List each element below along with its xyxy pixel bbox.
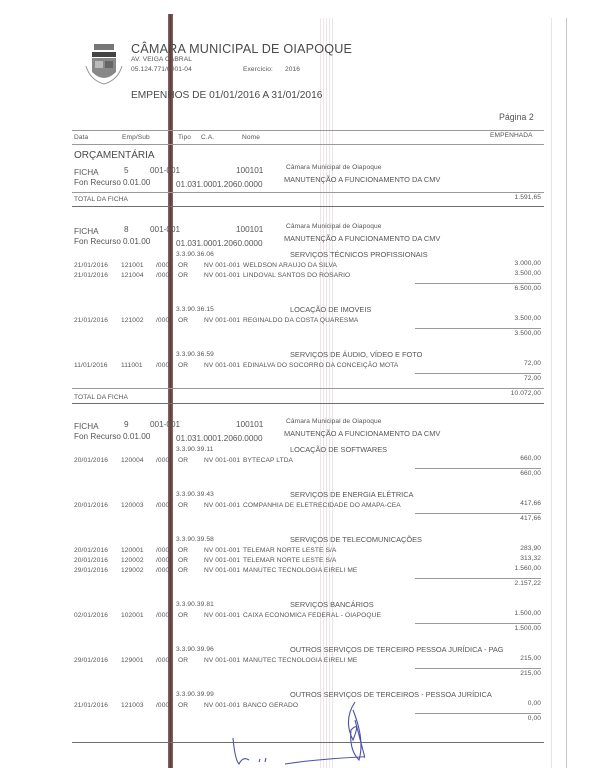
total-ficha-value: 1.591,65 xyxy=(515,194,541,201)
group-subtotal: 2.157,22 xyxy=(515,580,541,587)
col-data: Data xyxy=(74,134,88,141)
ficha-code: 001-001 xyxy=(150,420,180,429)
ficha-number: 5 xyxy=(124,166,129,175)
row-date: 02/01/2016 xyxy=(74,612,108,619)
row-date: 21/01/2016 xyxy=(74,317,108,324)
elemento-code: 3.3.90.39.99 xyxy=(176,691,214,698)
elemento-descricao: SERVIÇOS TÉCNICOS PROFISSIONAIS xyxy=(290,250,428,259)
fon-recurso-label: Fon Recurso xyxy=(74,178,121,187)
elemento-descricao: SERVIÇOS DE TELECOMUNICAÇÕES xyxy=(290,535,422,544)
ficha-rule-bottom xyxy=(72,206,544,207)
ficha-label: FICHA xyxy=(74,422,99,431)
row-ca: NV 001-001 xyxy=(204,557,240,564)
row-date: 20/01/2016 xyxy=(74,457,108,464)
group-subtotal: 215,00 xyxy=(520,670,541,677)
row-sub: /000 xyxy=(156,457,169,464)
ficha-code: 001-001 xyxy=(150,225,180,234)
ficha-label: FICHA xyxy=(74,168,99,177)
row-ca: NV 001-001 xyxy=(204,502,240,509)
ficha-acao: MANUTENÇÃO A FUNCIONAMENTO DA CMV xyxy=(284,234,440,243)
subtotal-rule xyxy=(415,513,541,514)
elemento-code: 3.3.90.39.81 xyxy=(176,601,214,608)
exercicio-label: Exercício: xyxy=(243,66,273,73)
row-valor: 3.500,00 xyxy=(515,270,541,277)
ficha-label: FICHA xyxy=(74,227,99,236)
fon-recurso-value: 0.01.00 xyxy=(123,432,150,441)
row-ca: NV 001-001 xyxy=(204,612,240,619)
row-tipo: OR xyxy=(178,657,188,664)
row-valor: 72,00 xyxy=(524,360,541,367)
row-ca: NV 001-001 xyxy=(204,362,240,369)
row-emp: 120001 xyxy=(121,547,144,554)
elemento-code: 3.3.90.36.06 xyxy=(176,251,214,258)
row-sub: /000 xyxy=(156,262,169,269)
funcional-code: 01.031.0001.2060.0000 xyxy=(176,434,263,443)
row-sub: /000 xyxy=(156,702,169,709)
ficha-unidade: 100101 xyxy=(236,225,263,234)
elemento-code: 3.3.90.39.58 xyxy=(176,536,214,543)
elemento-descricao: OUTROS SERVIÇOS DE TERCEIRO PESSOA JURÍD… xyxy=(290,645,504,654)
row-ca: NV 001-001 xyxy=(204,317,240,324)
row-tipo: OR xyxy=(178,457,188,464)
row-nome: LINDOVAL SANTOS DO ROSARIO xyxy=(243,272,350,279)
section-title: ORÇAMENTÁRIA xyxy=(74,150,155,161)
ficha-unidade: 100101 xyxy=(236,420,263,429)
group-subtotal: 3.500,00 xyxy=(515,330,541,337)
signature-mark xyxy=(225,700,365,768)
group-subtotal: 72,00 xyxy=(524,375,541,382)
row-sub: /000 xyxy=(156,272,169,279)
row-emp: 120002 xyxy=(121,557,144,564)
group-subtotal: 660,00 xyxy=(520,470,541,477)
elemento-descricao: LOCAÇÃO DE IMOVEIS xyxy=(290,305,371,314)
page-number: Página 2 xyxy=(499,112,534,122)
ficha-orgao: Câmara Municipal de Oiapoque xyxy=(286,418,382,425)
row-valor: 1.560,00 xyxy=(515,565,541,572)
row-date: 20/01/2016 xyxy=(74,502,108,509)
elemento-code: 3.3.90.36.15 xyxy=(176,306,214,313)
row-date: 21/01/2016 xyxy=(74,262,108,269)
page-edge-line xyxy=(566,18,567,768)
row-ca: NV 001-001 xyxy=(204,547,240,554)
row-valor: 215,00 xyxy=(520,655,541,662)
col-emp-sub: Emp/Sub xyxy=(122,134,150,141)
row-emp: 102001 xyxy=(121,612,144,619)
col-empenhada: EMPENHADA xyxy=(490,132,533,139)
row-tipo: OR xyxy=(178,557,188,564)
row-emp: 121004 xyxy=(121,272,144,279)
ficha-rule xyxy=(72,388,544,389)
elemento-descricao: SERVIÇOS DE ÁUDIO, VÍDEO E FOTO xyxy=(290,350,422,359)
row-tipo: OR xyxy=(178,547,188,554)
col-ca: C.A. xyxy=(201,134,214,141)
row-nome: CAIXA ECONOMICA FEDERAL - OIAPOQUE xyxy=(243,612,381,619)
row-date: 11/01/2016 xyxy=(74,362,108,369)
elemento-code: 3.3.90.39.11 xyxy=(176,446,213,453)
row-valor: 0,00 xyxy=(528,700,541,707)
row-sub: /000 xyxy=(156,502,169,509)
ficha-acao: MANUTENÇÃO A FUNCIONAMENTO DA CMV xyxy=(284,429,440,438)
row-tipo: OR xyxy=(178,612,188,619)
row-nome: BYTECAP LTDA xyxy=(243,457,293,464)
row-valor: 3.000,00 xyxy=(515,260,541,267)
scanned-document-page: CÂMARA MUNICIPAL DE OIAPOQUE AV. VEIGA C… xyxy=(0,0,593,768)
subtotal-rule xyxy=(415,713,541,714)
ficha-acao: MANUTENÇÃO A FUNCIONAMENTO DA CMV xyxy=(284,175,440,184)
ficha-unidade: 100101 xyxy=(236,166,263,175)
institution-title: CÂMARA MUNICIPAL DE OIAPOQUE xyxy=(131,42,352,56)
ficha-rule-bottom xyxy=(72,403,544,404)
institution-address: AV. VEIGA CABRAL xyxy=(131,56,192,63)
row-tipo: OR xyxy=(178,362,188,369)
elemento-descricao: SERVIÇOS DE ENERGIA ELÉTRICA xyxy=(290,490,414,499)
row-date: 21/01/2016 xyxy=(74,272,108,279)
subtotal-rule xyxy=(415,373,541,374)
row-date: 29/01/2016 xyxy=(74,567,108,574)
row-ca: NV 001-001 xyxy=(204,457,240,464)
subtotal-rule xyxy=(415,468,541,469)
row-date: 20/01/2016 xyxy=(74,557,108,564)
fon-recurso-value: 0.01.00 xyxy=(123,178,150,187)
ficha-number: 9 xyxy=(124,420,129,429)
row-nome: WELDSON ARAUJO DA SILVA xyxy=(243,262,337,269)
row-ca: NV 001-001 xyxy=(204,567,240,574)
total-ficha-value: 10.072,00 xyxy=(511,390,541,397)
row-sub: /000 xyxy=(156,567,169,574)
row-valor: 313,32 xyxy=(520,555,541,562)
row-emp: 111001 xyxy=(121,362,143,369)
funcional-code: 01.031.0001.2060.0000 xyxy=(176,180,263,189)
ficha-rule xyxy=(72,192,544,193)
row-valor: 417,66 xyxy=(520,500,541,507)
row-nome: TELEMAR NORTE LESTE S/A xyxy=(243,547,336,554)
ficha-code: 001-001 xyxy=(150,166,180,175)
elemento-descricao: OUTROS SERVIÇOS DE TERCEIROS - PESSOA JU… xyxy=(290,690,492,699)
group-subtotal: 6.500,00 xyxy=(515,285,541,292)
row-emp: 121001 xyxy=(121,262,144,269)
header-rule xyxy=(72,130,544,131)
row-valor: 283,90 xyxy=(520,545,541,552)
row-emp: 121003 xyxy=(121,702,144,709)
row-sub: /000 xyxy=(156,657,169,664)
row-nome: COMPANHIA DE ELETRECIDADE DO AMAPA-CEA xyxy=(243,502,401,509)
row-nome: MANUTEC TECNOLOGIA EIRELI ME xyxy=(243,657,357,664)
row-emp: 120004 xyxy=(121,457,144,464)
subtotal-rule xyxy=(415,668,541,669)
scan-artifact-stripe xyxy=(168,14,173,768)
row-emp: 120003 xyxy=(121,502,144,509)
subtotal-rule xyxy=(415,328,541,329)
row-date: 21/01/2016 xyxy=(74,702,108,709)
row-sub: /000 xyxy=(156,612,169,619)
row-sub: /000 xyxy=(156,547,169,554)
elemento-descricao: SERVIÇOS BANCÁRIOS xyxy=(290,600,374,609)
funcional-code: 01.031.0001.2060.0000 xyxy=(176,239,263,248)
row-ca: NV 001-001 xyxy=(204,657,240,664)
row-sub: /000 xyxy=(156,362,169,369)
fon-recurso-value: 0.01.00 xyxy=(123,237,150,246)
row-tipo: OR xyxy=(178,272,188,279)
row-tipo: OR xyxy=(178,567,188,574)
row-sub: /000 xyxy=(156,557,169,564)
group-subtotal: 1.500,00 xyxy=(515,625,541,632)
col-nome: Nome xyxy=(242,134,260,141)
subtotal-rule xyxy=(415,578,541,579)
elemento-code: 3.3.90.39.96 xyxy=(176,646,214,653)
elemento-code: 3.3.90.39.43 xyxy=(176,491,214,498)
subtotal-rule xyxy=(415,283,541,284)
row-emp: 129001 xyxy=(121,657,144,664)
row-valor: 660,00 xyxy=(520,455,541,462)
row-date: 20/01/2016 xyxy=(74,547,108,554)
ficha-number: 8 xyxy=(124,225,129,234)
row-tipo: OR xyxy=(178,702,188,709)
row-sub: /000 xyxy=(156,317,169,324)
page-edge-line xyxy=(551,18,552,768)
fon-recurso-label: Fon Recurso xyxy=(74,237,121,246)
report-subtitle: EMPENHOS DE 01/01/2016 A 31/01/2016 xyxy=(131,90,322,101)
ficha-orgao: Câmara Municipal de Oiapoque xyxy=(286,223,382,230)
row-nome: REGINALDO DA COSTA QUARESMA xyxy=(243,317,358,324)
row-ca: NV 001-001 xyxy=(204,272,240,279)
header-rule-bottom xyxy=(72,144,544,145)
row-nome: EDINALVA DO SOCORRO DA CONCEIÇÃO MOTA xyxy=(243,362,398,369)
row-nome: TELEMAR NORTE LESTE S/A xyxy=(243,557,336,564)
group-subtotal: 0,00 xyxy=(528,715,541,722)
subtotal-rule xyxy=(415,623,541,624)
elemento-descricao: LOCAÇÃO DE SOFTWARES xyxy=(290,445,387,454)
row-tipo: OR xyxy=(178,317,188,324)
exercicio-value: 2016 xyxy=(285,66,300,73)
row-nome: MANUTEC TECNOLOGIA EIRELI ME xyxy=(243,567,357,574)
row-valor: 1.500,00 xyxy=(515,610,541,617)
elemento-code: 3.3.90.36.59 xyxy=(176,351,214,358)
col-tipo: Tipo xyxy=(178,134,191,141)
row-tipo: OR xyxy=(178,502,188,509)
ficha-orgao: Câmara Municipal de Oiapoque xyxy=(286,164,382,171)
total-ficha-label: TOTAL DA FICHA xyxy=(74,394,128,401)
row-emp: 129002 xyxy=(121,567,144,574)
total-ficha-label: TOTAL DA FICHA xyxy=(74,196,128,203)
row-tipo: OR xyxy=(178,262,188,269)
row-valor: 3.500,00 xyxy=(515,315,541,322)
fon-recurso-label: Fon Recurso xyxy=(74,432,121,441)
coat-of-arms-logo xyxy=(84,40,124,88)
group-subtotal: 417,66 xyxy=(520,515,541,522)
row-emp: 121002 xyxy=(121,317,144,324)
row-date: 29/01/2016 xyxy=(74,657,108,664)
institution-cnpj: 05.124.771/0001-04 xyxy=(131,66,192,73)
row-ca: NV 001-001 xyxy=(204,262,240,269)
